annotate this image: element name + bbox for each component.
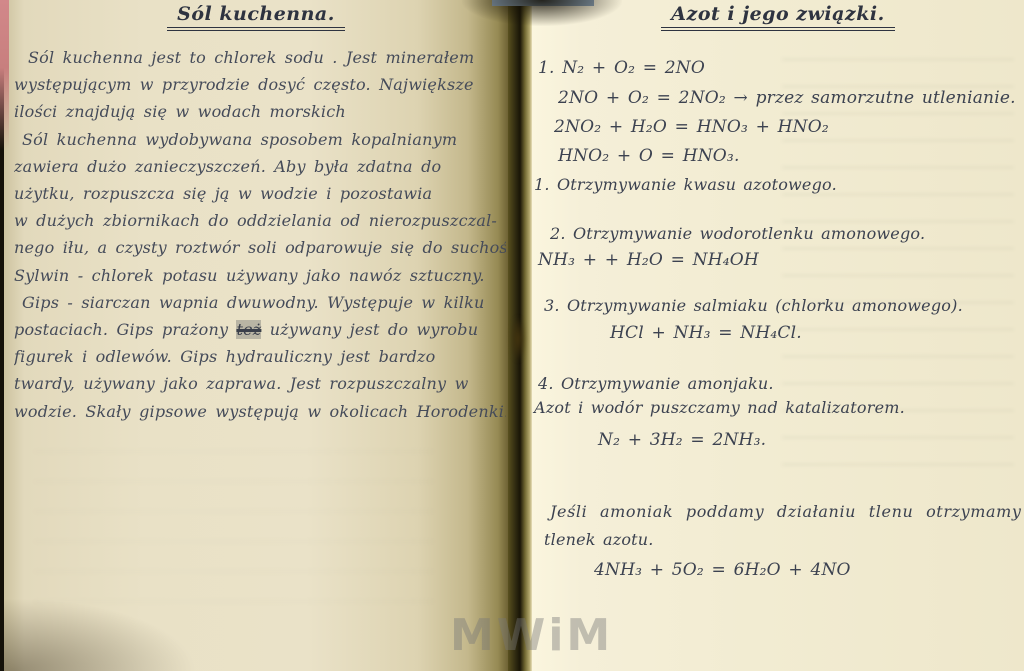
- notebook-photo: Sól kuchenna. Sól kuchenna jest to chlor…: [0, 0, 1024, 671]
- crossed-out-word: też: [236, 320, 261, 339]
- section-heading: 1. Otrzymywanie kwasu azotowego.: [534, 175, 837, 194]
- gutter-stain: [510, 316, 526, 362]
- equation-line: 2NO + O₂ = 2NO₂ → przez samorzutne utlen…: [558, 88, 1016, 108]
- handwritten-line: nego iłu, a czysty roztwór soli odparowu…: [14, 234, 506, 261]
- left-page: Sól kuchenna. Sól kuchenna jest to chlor…: [4, 0, 508, 671]
- handwritten-line: figurek i odlewów. Gips hydrauliczny jes…: [14, 343, 506, 370]
- handwritten-line: w dużych zbiornikach do oddzielania od n…: [14, 207, 506, 234]
- handwritten-line: postaciach. Gips prażony też używany jes…: [14, 316, 506, 343]
- watermark: MWiM: [450, 610, 613, 661]
- section-heading: 3. Otrzymywanie salmiaku (chlorku amonow…: [544, 296, 963, 315]
- handwritten-line: twardy, używany jako zaprawa. Jest rozpu…: [14, 370, 506, 397]
- chemical-formula: N₂ + 3H₂ = 2NH₃.: [598, 430, 766, 450]
- handwritten-line: występującym w przyrodzie dosyć często. …: [14, 71, 506, 98]
- ink-bleed-through: [34, 450, 434, 620]
- left-page-title: Sól kuchenna.: [167, 3, 345, 31]
- handwritten-line: wodzie. Skały gipsowe występują w okolic…: [14, 398, 506, 425]
- chemical-formula: 4NH₃ + 5O₂ = 6H₂O + 4NO: [594, 560, 851, 580]
- binding-top-shadow: [462, 0, 622, 26]
- handwritten-line: Sylwin - chlorek potasu używany jako naw…: [14, 262, 506, 289]
- right-page: Azot i jego związki. 1. N₂ + O₂ = 2NO 2N…: [532, 0, 1024, 671]
- note-line: Jeśli amoniak poddamy działaniu tlenu ot…: [550, 502, 1022, 521]
- handwritten-line: Gips - siarczan wapnia dwuwodny. Występu…: [14, 289, 506, 316]
- left-page-title-row: Sól kuchenna.: [4, 3, 508, 31]
- handwritten-line: Sól kuchenna wydobywana sposobem kopalni…: [14, 126, 506, 153]
- note-line: tlenek azotu.: [544, 530, 654, 549]
- line-text: używany jest do wyrobu: [261, 320, 478, 339]
- red-cover-edge: [0, 0, 9, 150]
- line-text: postaciach. Gips prażony: [14, 320, 236, 339]
- handwritten-line: zawiera dużo zanieczyszczeń. Aby była zd…: [14, 153, 506, 180]
- section-heading: 2. Otrzymywanie wodorotlenku amonowego.: [550, 224, 925, 243]
- right-page-title: Azot i jego związki.: [661, 3, 894, 31]
- chemical-formula: NH₃ + + H₂O = NH₄OH: [538, 250, 759, 270]
- handwritten-line: użytku, rozpuszcza się ją w wodzie i poz…: [14, 180, 506, 207]
- handwritten-line: Sól kuchenna jest to chlorek sodu . Jest…: [14, 44, 506, 71]
- chemical-formula: HCl + NH₃ = NH₄Cl.: [610, 323, 802, 343]
- left-page-text: Sól kuchenna jest to chlorek sodu . Jest…: [14, 44, 506, 425]
- equation-line: HNO₂ + O = HNO₃.: [558, 146, 740, 166]
- equation-line: 1. N₂ + O₂ = 2NO: [538, 58, 705, 78]
- handwritten-line: ilości znajdują się w wodach morskich: [14, 98, 506, 125]
- section-heading: 4. Otrzymywanie amonjaku.: [538, 374, 774, 393]
- handwritten-line: Azot i wodór puszczamy nad katalizatorem…: [534, 398, 905, 417]
- equation-line: 2NO₂ + H₂O = HNO₃ + HNO₂: [554, 117, 829, 137]
